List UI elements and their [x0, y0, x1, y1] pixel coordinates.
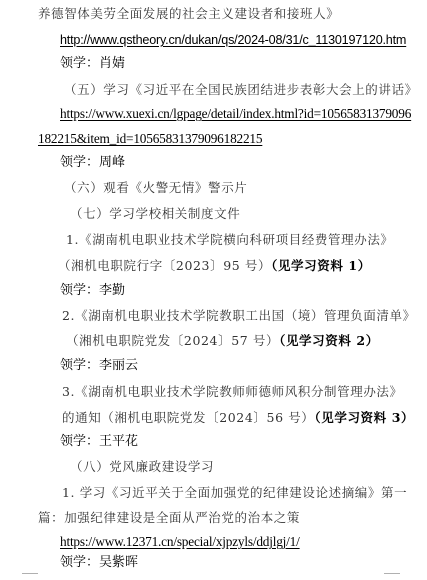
doc-number-text: 的通知（湘机电职院党发〔2024〕56 号）	[62, 410, 314, 425]
lead-reader-zhoufeng: 领学：周峰	[60, 155, 125, 171]
item-3-title: 3.《湖南机电职业技术学院教师师德师风积分制管理办法》	[62, 384, 403, 400]
page-corner-mark-right	[384, 573, 400, 574]
12371-link[interactable]: https://www.12371.cn/special/xjpzyls/ddj…	[60, 534, 300, 550]
item-2-doc-number: （湘机电职院党发〔2024〕57 号）（见学习资料 2）	[66, 333, 379, 349]
item-2-title: 2.《湖南机电职业技术学院教职工出国（境）管理负面清单》	[62, 308, 416, 324]
lead-reader-wangpinghua: 领学：王平花	[60, 434, 138, 450]
material-reference: （见学习资料 2）	[279, 333, 379, 348]
doc-number-text: （湘机电职院行字〔2023〕95 号）	[58, 258, 271, 273]
item-3-doc-number: 的通知（湘机电职院党发〔2024〕56 号）（见学习资料 3）	[62, 410, 414, 426]
lead-reader-wuzihui: 领学：吴紫晖	[60, 555, 138, 571]
lead-reader-name: 周峰	[99, 155, 125, 170]
material-reference: （见学习资料 1）	[271, 258, 371, 273]
lead-reader-label: 领学：	[60, 358, 99, 373]
lead-reader-liliyun: 领学：李丽云	[60, 358, 138, 374]
discipline-item-1: 1. 学习《习近平关于全面加强党的纪律建设论述摘编》第一	[62, 485, 407, 501]
lead-reader-label: 领学：	[60, 555, 99, 570]
discipline-item-1-continued: 篇：加强纪律建设是全面从严治党的治本之策	[38, 510, 300, 526]
section-heading-6: （六）观看《火警无情》警示片	[64, 180, 247, 196]
lead-reader-liqin: 领学：李勤	[60, 283, 125, 299]
qstheory-link[interactable]: http://www.qstheory.cn/dukan/qs/2024-08/…	[60, 32, 406, 48]
lead-reader-label: 领学：	[60, 283, 99, 298]
lead-reader-label: 领学：	[60, 155, 99, 170]
lead-reader-label: 领学：	[60, 434, 99, 449]
material-reference: （见学习资料 3）	[314, 410, 414, 425]
lead-reader-name: 李丽云	[99, 358, 138, 373]
xuexi-link[interactable]: https://www.xuexi.cn/lgpage/detail/index…	[60, 106, 411, 122]
xuexi-link-continued[interactable]: 182215&item_id=10565831379096182215	[38, 131, 262, 147]
page-corner-mark-left	[22, 573, 38, 574]
section-heading-8: （八）党风廉政建设学习	[70, 459, 214, 475]
item-1-title: 1.《湖南机电职业技术学院横向科研项目经费管理办法》	[66, 232, 394, 248]
paragraph-text: 养德智体美劳全面发展的社会主义建设者和接班人》	[38, 6, 339, 22]
lead-reader-name: 吴紫晖	[99, 555, 138, 570]
doc-number-text: （湘机电职院党发〔2024〕57 号）	[66, 333, 279, 348]
section-heading-5: （五）学习《习近平在全国民族团结进步表彰大会上的讲话》	[64, 82, 418, 98]
item-1-doc-number: （湘机电职院行字〔2023〕95 号）（见学习资料 1）	[58, 258, 371, 274]
lead-reader-name: 李勤	[99, 283, 125, 298]
section-heading-7: （七）学习学校相关制度文件	[70, 206, 240, 222]
lead-reader-name: 肖婧	[99, 56, 125, 71]
lead-reader-label: 领学：	[60, 56, 99, 71]
lead-reader-name: 王平花	[99, 434, 138, 449]
lead-reader-xiaojing: 领学：肖婧	[60, 56, 125, 72]
